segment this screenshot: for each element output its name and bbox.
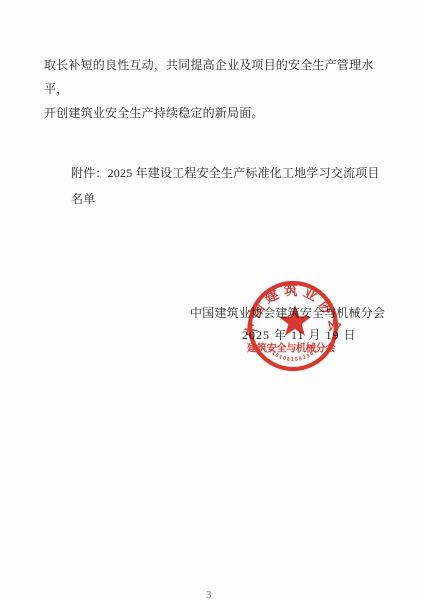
seal-ring	[250, 283, 336, 369]
page-number: 3	[206, 589, 212, 600]
official-seal: 中国建筑业协会 建筑安全与机械分会 1101081882301	[238, 271, 348, 381]
seal-branch-text: 建筑安全与机械分会	[247, 342, 336, 355]
body-paragraph-line: 取长补短的良性互动，共同提高企业及项目的安全生产管理水平，	[44, 53, 396, 101]
signature-organization: 中国建筑业协会建筑安全与机械分会	[190, 307, 385, 320]
body-paragraph: 取长补短的良性互动，共同提高企业及项目的安全生产管理水平， 开创建筑业安全生产持…	[44, 53, 396, 125]
attachment-note: 附件：2025 年建设工程安全生产标准化工地学习交流项目 名单	[71, 160, 401, 212]
body-paragraph-line: 开创建筑业安全生产持续稳定的新局面。	[44, 101, 396, 125]
document-page: 取长补短的良性互动，共同提高企业及项目的安全生产管理水平， 开创建筑业安全生产持…	[0, 0, 424, 600]
attachment-note-line: 附件：2025 年建设工程安全生产标准化工地学习交流项目	[71, 160, 401, 186]
signature-date: 2025 年 11 月 19 日	[242, 329, 357, 342]
attachment-note-line: 名单	[71, 186, 401, 212]
seal-serial-number: 1101081882301	[267, 348, 319, 363]
